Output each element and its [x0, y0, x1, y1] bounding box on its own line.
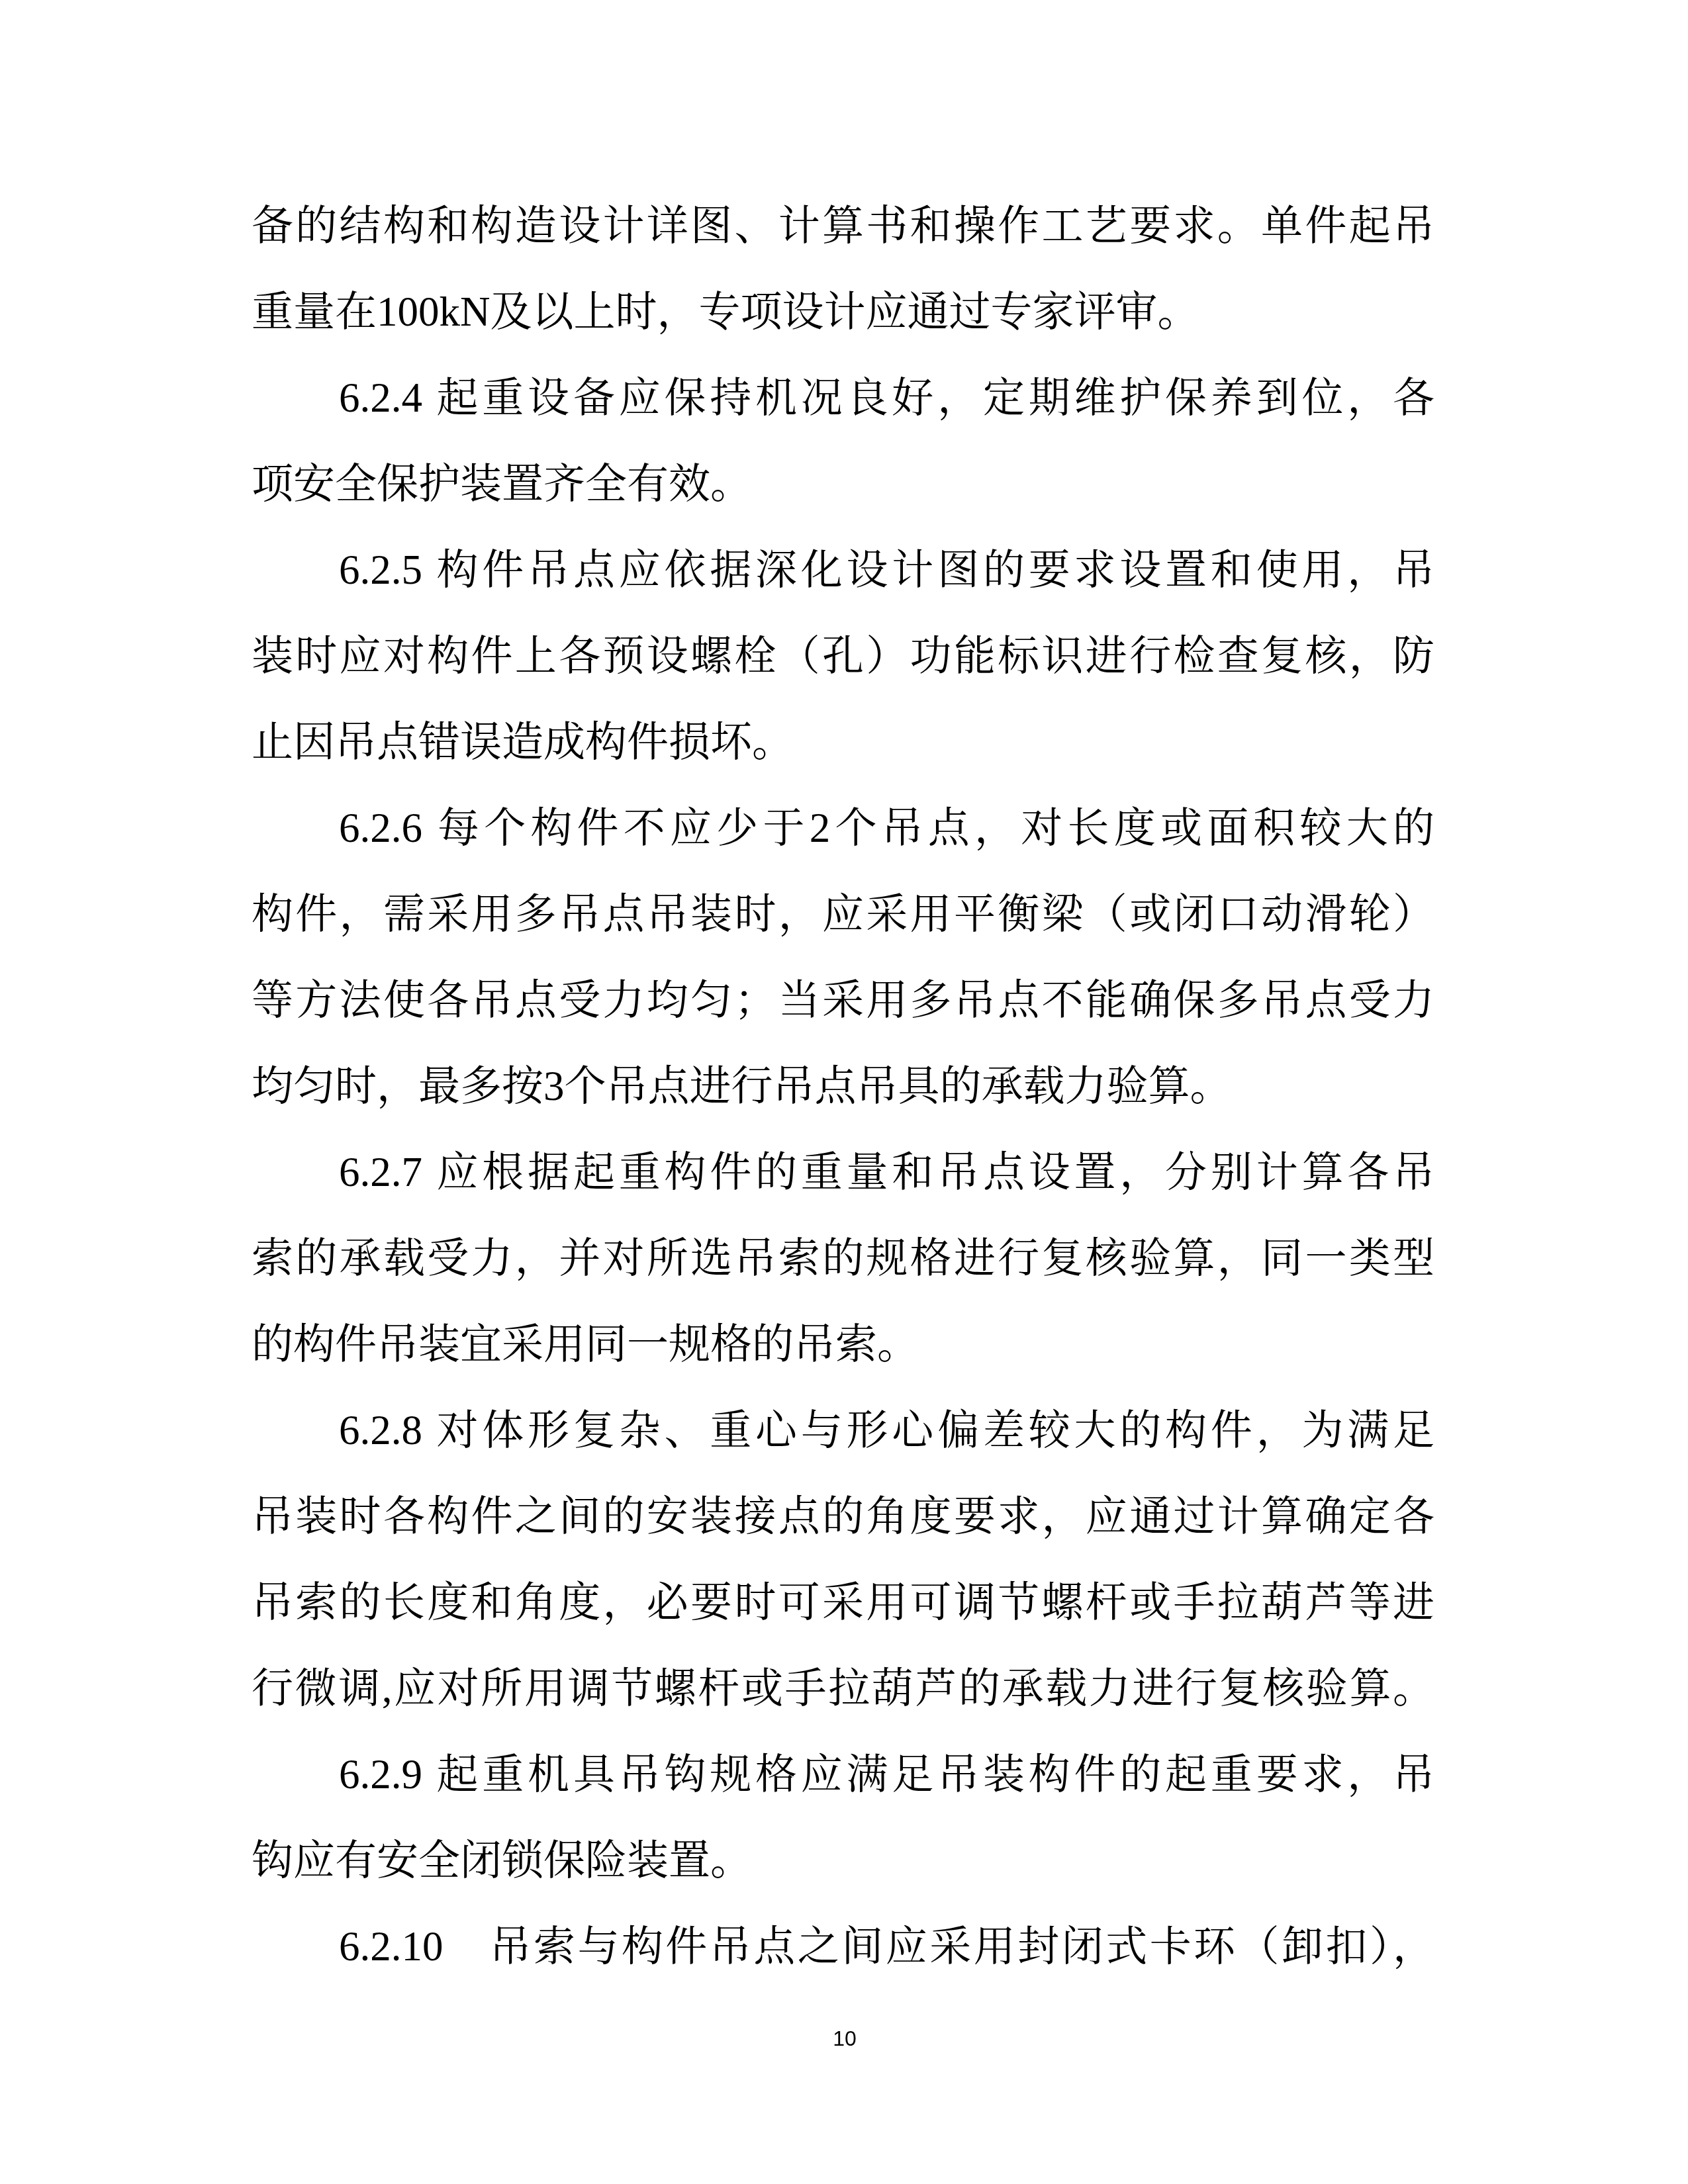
clause-6-2-4-line: 6.2.4 起重设备应保持机况良好，定期维护保养到位，各 — [339, 355, 1434, 441]
text-line: 行微调,应对所用调节螺杆或手拉葫芦的承载力进行复核验算。 — [252, 1645, 1434, 1731]
text-line: 索的承载受力，并对所选吊索的规格进行复核验算，同一类型 — [252, 1215, 1434, 1301]
text-line: 吊索的长度和角度，必要时可采用可调节螺杆或手拉葫芦等进 — [252, 1559, 1434, 1645]
text-line: 构件，需采用多吊点吊装时，应采用平衡梁（或闭口动滑轮） — [252, 871, 1434, 957]
text-line: 等方法使各吊点受力均匀；当采用多吊点不能确保多吊点受力 — [252, 957, 1434, 1043]
clause-6-2-8-line: 6.2.8 对体形复杂、重心与形心偏差较大的构件，为满足 — [339, 1387, 1434, 1473]
page-number: 10 — [812, 2025, 878, 2052]
text-line: 装时应对构件上各预设螺栓（孔）功能标识进行检查复核，防 — [252, 613, 1434, 699]
text-line: 均匀时，最多按3个吊点进行吊点吊具的承载力验算。 — [252, 1043, 1434, 1129]
document-page: 备的结构和构造设计详图、计算书和操作工艺要求。单件起吊 重量在100kN及以上时… — [0, 0, 1688, 2184]
text-line: 重量在100kN及以上时，专项设计应通过专家评审。 — [252, 269, 1434, 355]
text-line: 的构件吊装宜采用同一规格的吊索。 — [252, 1301, 1434, 1387]
text-line: 止因吊点错误造成构件损坏。 — [252, 699, 1434, 785]
clause-6-2-6-line: 6.2.6 每个构件不应少于2个吊点，对长度或面积较大的 — [339, 785, 1434, 871]
text-line: 吊装时各构件之间的安装接点的角度要求，应通过计算确定各 — [252, 1473, 1434, 1559]
text-line: 备的结构和构造设计详图、计算书和操作工艺要求。单件起吊 — [252, 183, 1434, 269]
clause-6-2-5-line: 6.2.5 构件吊点应依据深化设计图的要求设置和使用，吊 — [339, 527, 1434, 613]
text-line: 项安全保护装置齐全有效。 — [252, 441, 1434, 527]
text-line: 钩应有安全闭锁保险装置。 — [252, 1817, 1434, 1903]
clause-6-2-9-line: 6.2.9 起重机具吊钩规格应满足吊装构件的起重要求，吊 — [339, 1731, 1434, 1817]
clause-6-2-10-line: 6.2.10 吊索与构件吊点之间应采用封闭式卡环（卸扣）， — [339, 1903, 1434, 1989]
clause-6-2-7-line: 6.2.7 应根据起重构件的重量和吊点设置，分别计算各吊 — [339, 1129, 1434, 1215]
